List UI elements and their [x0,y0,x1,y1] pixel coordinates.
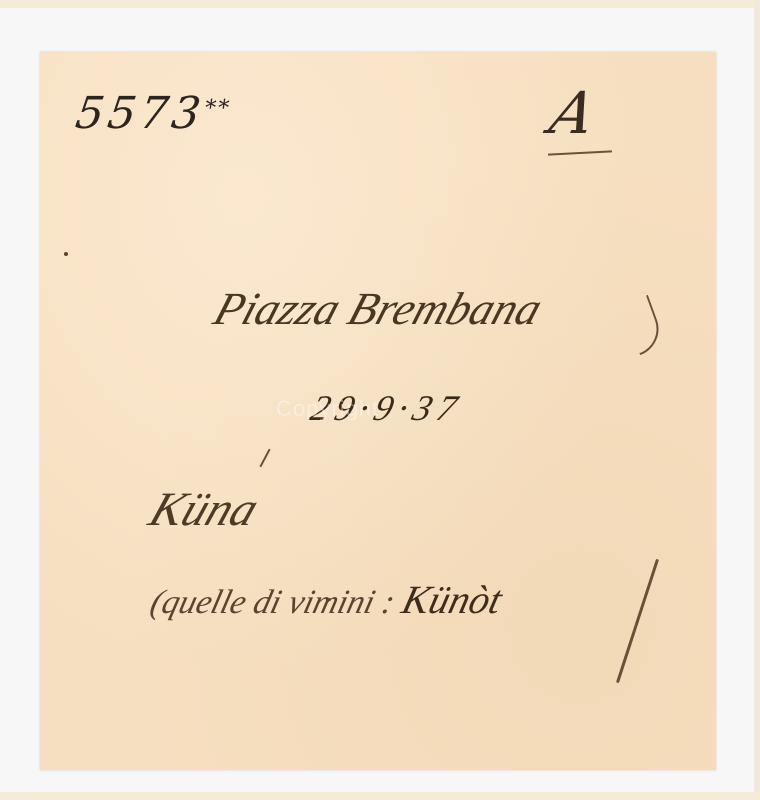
gloss-line: (quelle di vimini : Künòt [147,580,506,620]
watermark: Copyright [276,396,379,422]
catalog-number: 5573** [73,92,233,136]
ink-speck [328,598,331,601]
place-name: Piazza Brembana [209,286,548,332]
gloss-term: Künòt [398,577,507,622]
frame-edge-bottom [0,792,760,800]
catalog-marks: ** [203,96,233,121]
ink-speck [64,252,68,256]
catalog-number-value: 5573 [72,88,207,139]
frame-edge-top [0,0,760,8]
letter-mark: A [545,84,601,142]
letter-mark-underline [548,150,612,155]
gloss-closing-bracket [616,559,659,684]
dialect-word: Küna [143,486,264,534]
index-card: 5573** A Piazza Brembana 29·9·37 Copyrig… [40,52,716,770]
mount-board: 5573** A Piazza Brembana 29·9·37 Copyrig… [0,8,754,792]
place-name-flourish [622,295,667,355]
accent-stroke [259,449,270,468]
gloss-prefix: (quelle di vimini : [147,584,399,621]
frame-edge-right [754,0,760,800]
